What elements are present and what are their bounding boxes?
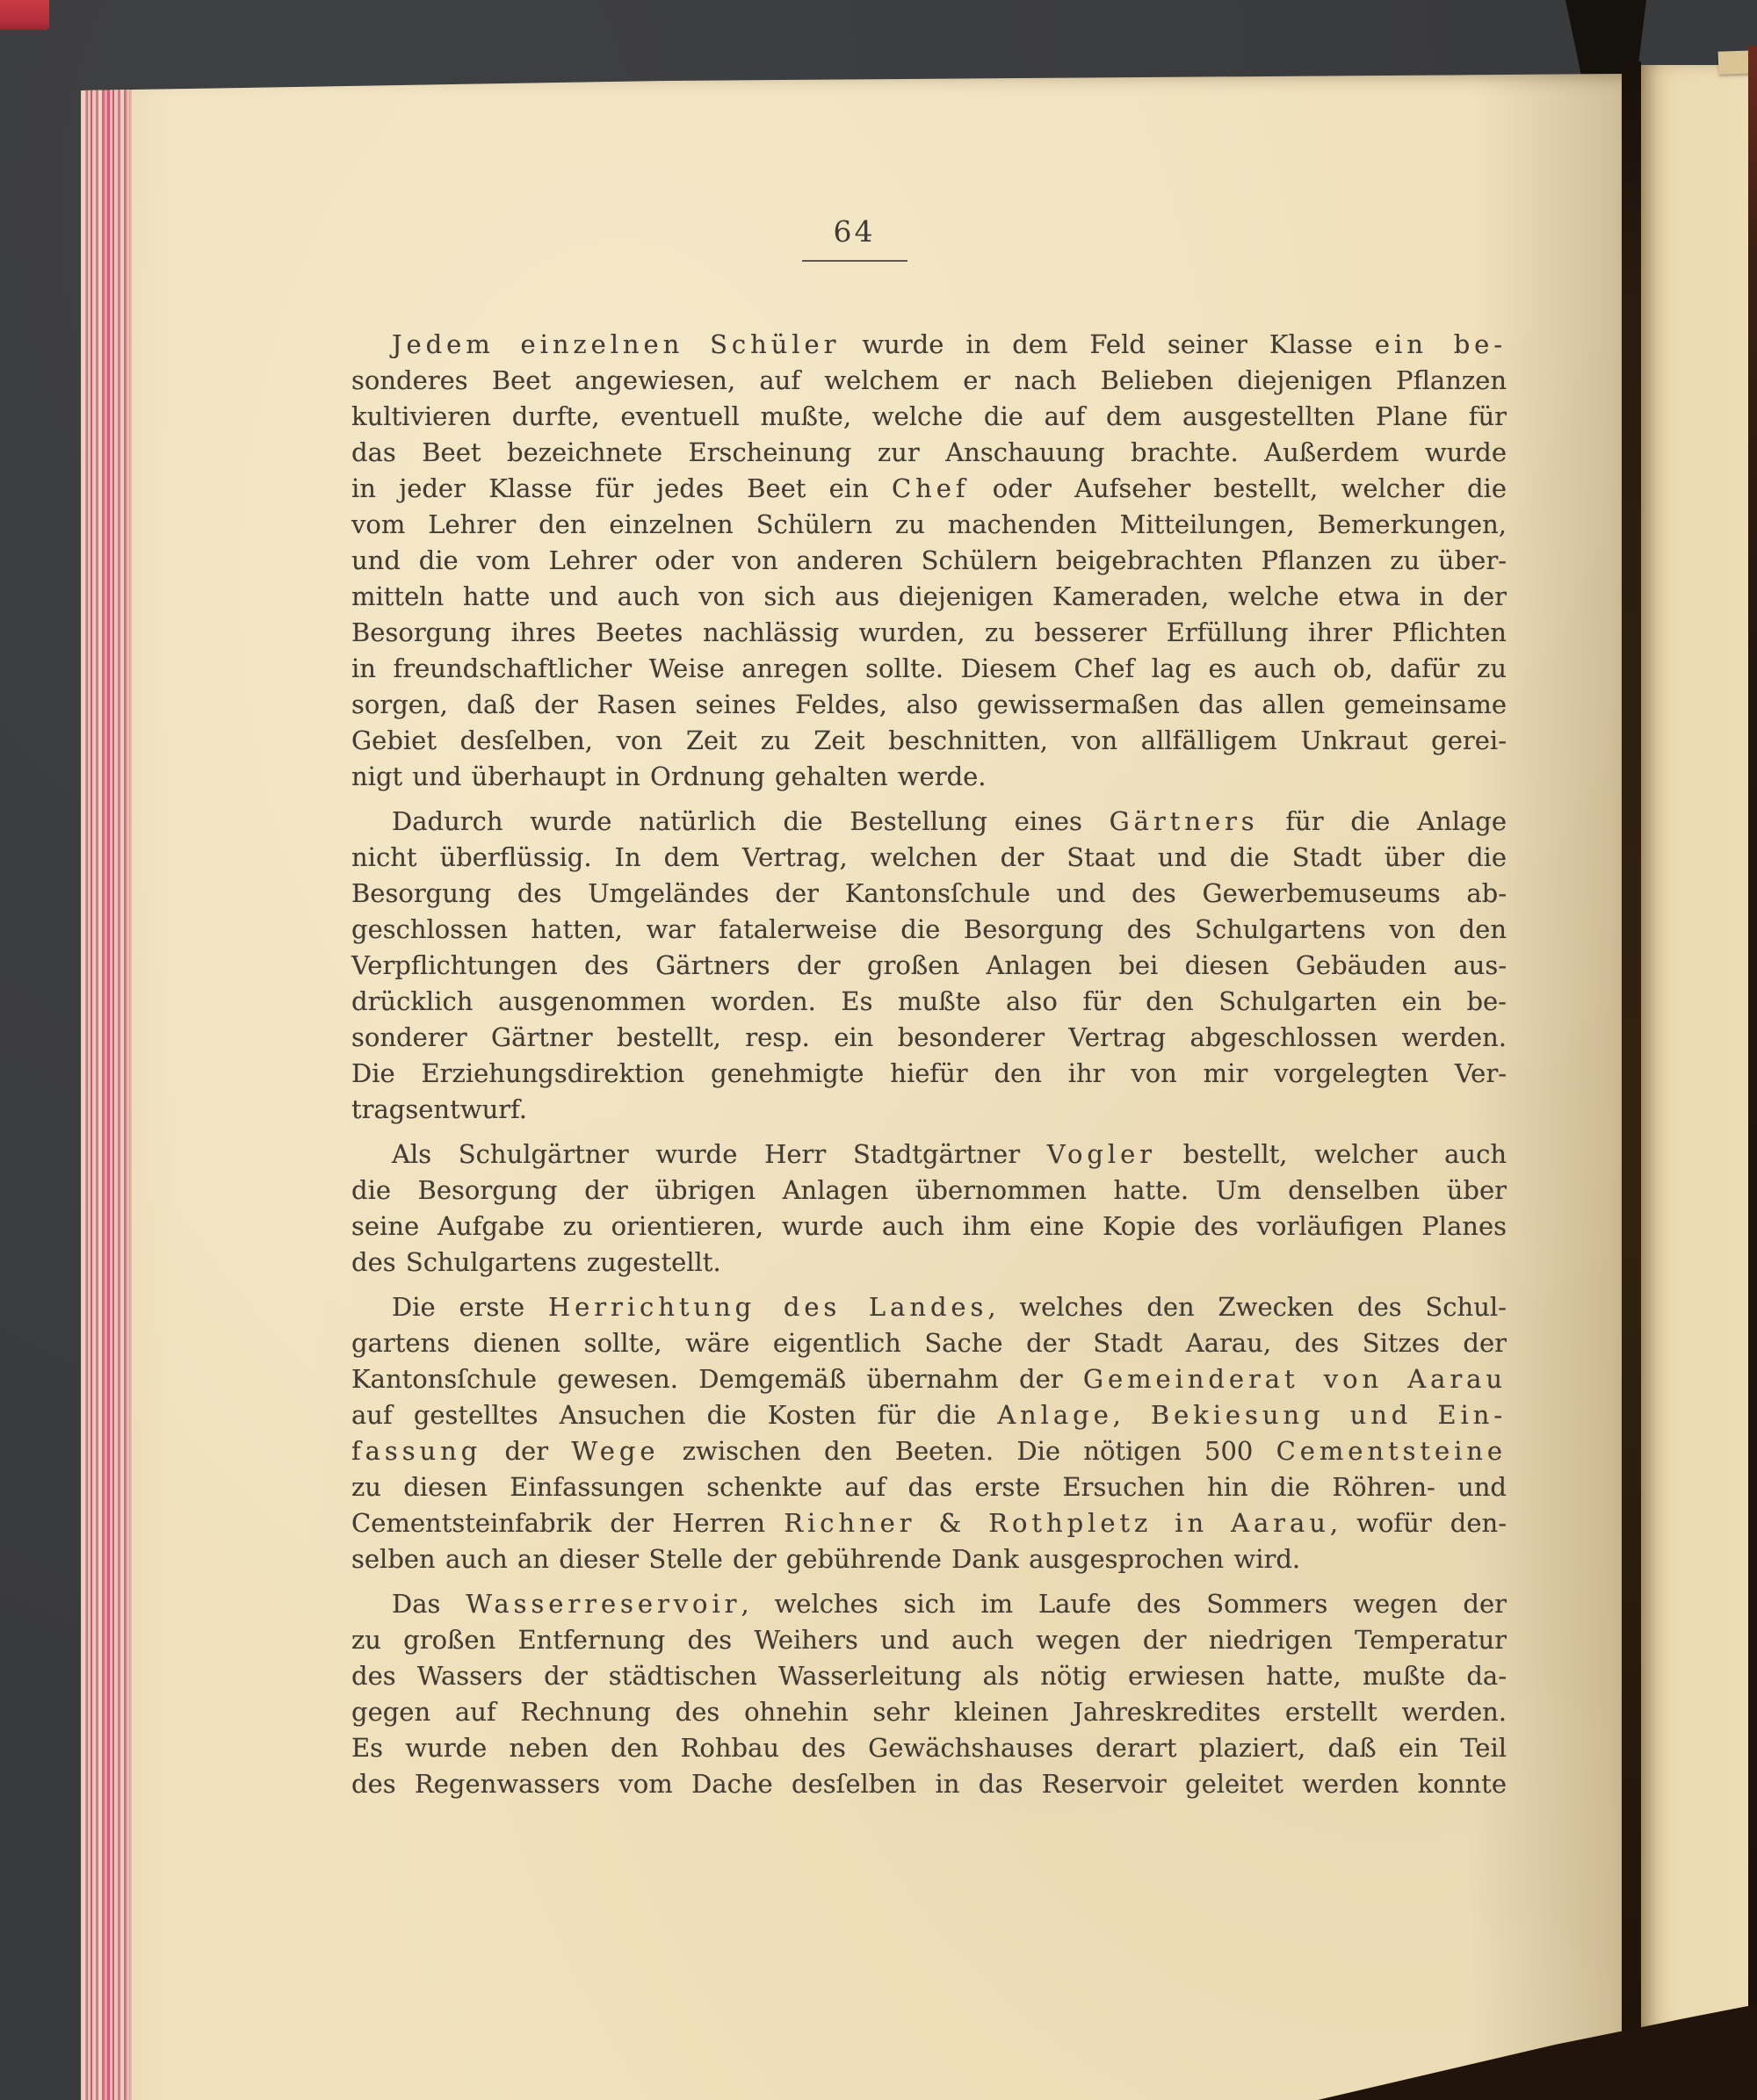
- text-line: nicht überflüssig. In dem Vertrag, welch…: [351, 840, 1507, 876]
- page-fore-edge: [83, 84, 134, 2100]
- text-line: gegen auf Rechnung des ohnehin sehr klei…: [351, 1694, 1507, 1730]
- text-line: das Beet bezeichnete Erscheinung zur Ans…: [351, 435, 1507, 471]
- text-line: Gebiet desſelben, von Zeit zu Zeit besch…: [351, 723, 1507, 759]
- text-line: zu diesen Einfassungen schenkte auf das …: [351, 1469, 1507, 1505]
- text-line: nigt und überhaupt in Ordnung gehalten w…: [351, 759, 1507, 795]
- text-line: in jeder Klasse für jedes Beet ein Chef …: [351, 471, 1507, 507]
- page-number-block: 64: [277, 214, 1432, 262]
- text-line: fassung der Wege zwischen den Beeten. Di…: [351, 1433, 1507, 1469]
- text-line: tragsentwurf.: [351, 1092, 1507, 1128]
- paragraph: Dadurch wurde natürlich die Bestellung e…: [351, 804, 1507, 1128]
- text-line: die Besorgung der übrigen Anlagen überno…: [351, 1173, 1507, 1209]
- text-line: vom Lehrer den einzelnen Schülern zu mac…: [351, 507, 1507, 543]
- text-line: Cementsteinfabrik der Herren Richner & R…: [351, 1505, 1507, 1541]
- paragraph: Jedem einzelnen Schüler wurde in dem Fel…: [351, 327, 1507, 795]
- text-line: zu großen Entfernung des Weihers und auc…: [351, 1622, 1507, 1658]
- red-cover-corner: [0, 0, 49, 30]
- text-line: des Regenwassers vom Dache desſelben in …: [351, 1766, 1507, 1802]
- book-page: 64 Jedem einzelnen Schüler wurde in dem …: [81, 74, 1623, 2100]
- text-line: Als Schulgärtner wurde Herr Stadtgärtner…: [351, 1137, 1507, 1173]
- text-line: gartens dienen sollte, wäre eigentlich S…: [351, 1325, 1507, 1361]
- text-line: Jedem einzelnen Schüler wurde in dem Fel…: [351, 327, 1507, 363]
- text-line: Verpflichtungen des Gärtners der großen …: [351, 948, 1507, 984]
- text-line: sorgen, daß der Rasen seines Feldes, als…: [351, 687, 1507, 723]
- text-line: sonderes Beet angewiesen, auf welchem er…: [351, 363, 1507, 399]
- book-gutter-shadow: [1622, 61, 1641, 2100]
- scanned-book-photo: { "document": { "page_number": "64", "la…: [0, 0, 1757, 2100]
- text-line: sonderer Gärtner bestellt, resp. ein bes…: [351, 1020, 1507, 1056]
- text-line: in freundschaftlicher Weise anregen soll…: [351, 651, 1507, 687]
- text-line: kultivieren durfte, eventuell mußte, wel…: [351, 399, 1507, 435]
- text-line: Die Erziehungsdirektion genehmigte hiefü…: [351, 1056, 1507, 1092]
- text-line: mitteln hatte und auch von sich aus diej…: [351, 579, 1507, 615]
- text-block: Jedem einzelnen Schüler wurde in dem Fel…: [351, 327, 1507, 1811]
- book-cover-edge-right: [1748, 46, 1757, 2100]
- text-line: Das Wasserreservoir, welches sich im Lau…: [351, 1586, 1507, 1622]
- text-line: drücklich ausgenommen worden. Es mußte a…: [351, 984, 1507, 1020]
- text-line: Besorgung ihres Beetes nachlässig wurden…: [351, 615, 1507, 651]
- text-line: seine Aufgabe zu orientieren, wurde auch…: [351, 1209, 1507, 1245]
- facing-page-edge: [1641, 65, 1750, 2032]
- text-line: und die vom Lehrer oder von anderen Schü…: [351, 543, 1507, 579]
- paragraph: Die erste Herrichtung des Landes, welche…: [351, 1289, 1507, 1577]
- text-line: geschlossen hatten, war fatalerweise die…: [351, 912, 1507, 948]
- text-line: auf gestelltes Ansuchen die Kosten für d…: [351, 1397, 1507, 1433]
- paragraph: Als Schulgärtner wurde Herr Stadtgärtner…: [351, 1137, 1507, 1281]
- text-line: Die erste Herrichtung des Landes, welche…: [351, 1289, 1507, 1325]
- text-line: des Wassers der städtischen Wasserleitun…: [351, 1658, 1507, 1694]
- page-number: 64: [802, 214, 907, 262]
- paragraph: Das Wasserreservoir, welches sich im Lau…: [351, 1586, 1507, 1802]
- text-line: Besorgung des Umgeländes der Kantonsſchu…: [351, 876, 1507, 912]
- text-line: des Schulgartens zugestellt.: [351, 1245, 1507, 1281]
- text-line: Dadurch wurde natürlich die Bestellung e…: [351, 804, 1507, 840]
- text-line: Kantonsſchule gewesen. Demgemäß übernahm…: [351, 1361, 1507, 1397]
- text-line: selben auch an dieser Stelle der gebühre…: [351, 1541, 1507, 1577]
- text-line: Es wurde neben den Rohbau des Gewächshau…: [351, 1730, 1507, 1766]
